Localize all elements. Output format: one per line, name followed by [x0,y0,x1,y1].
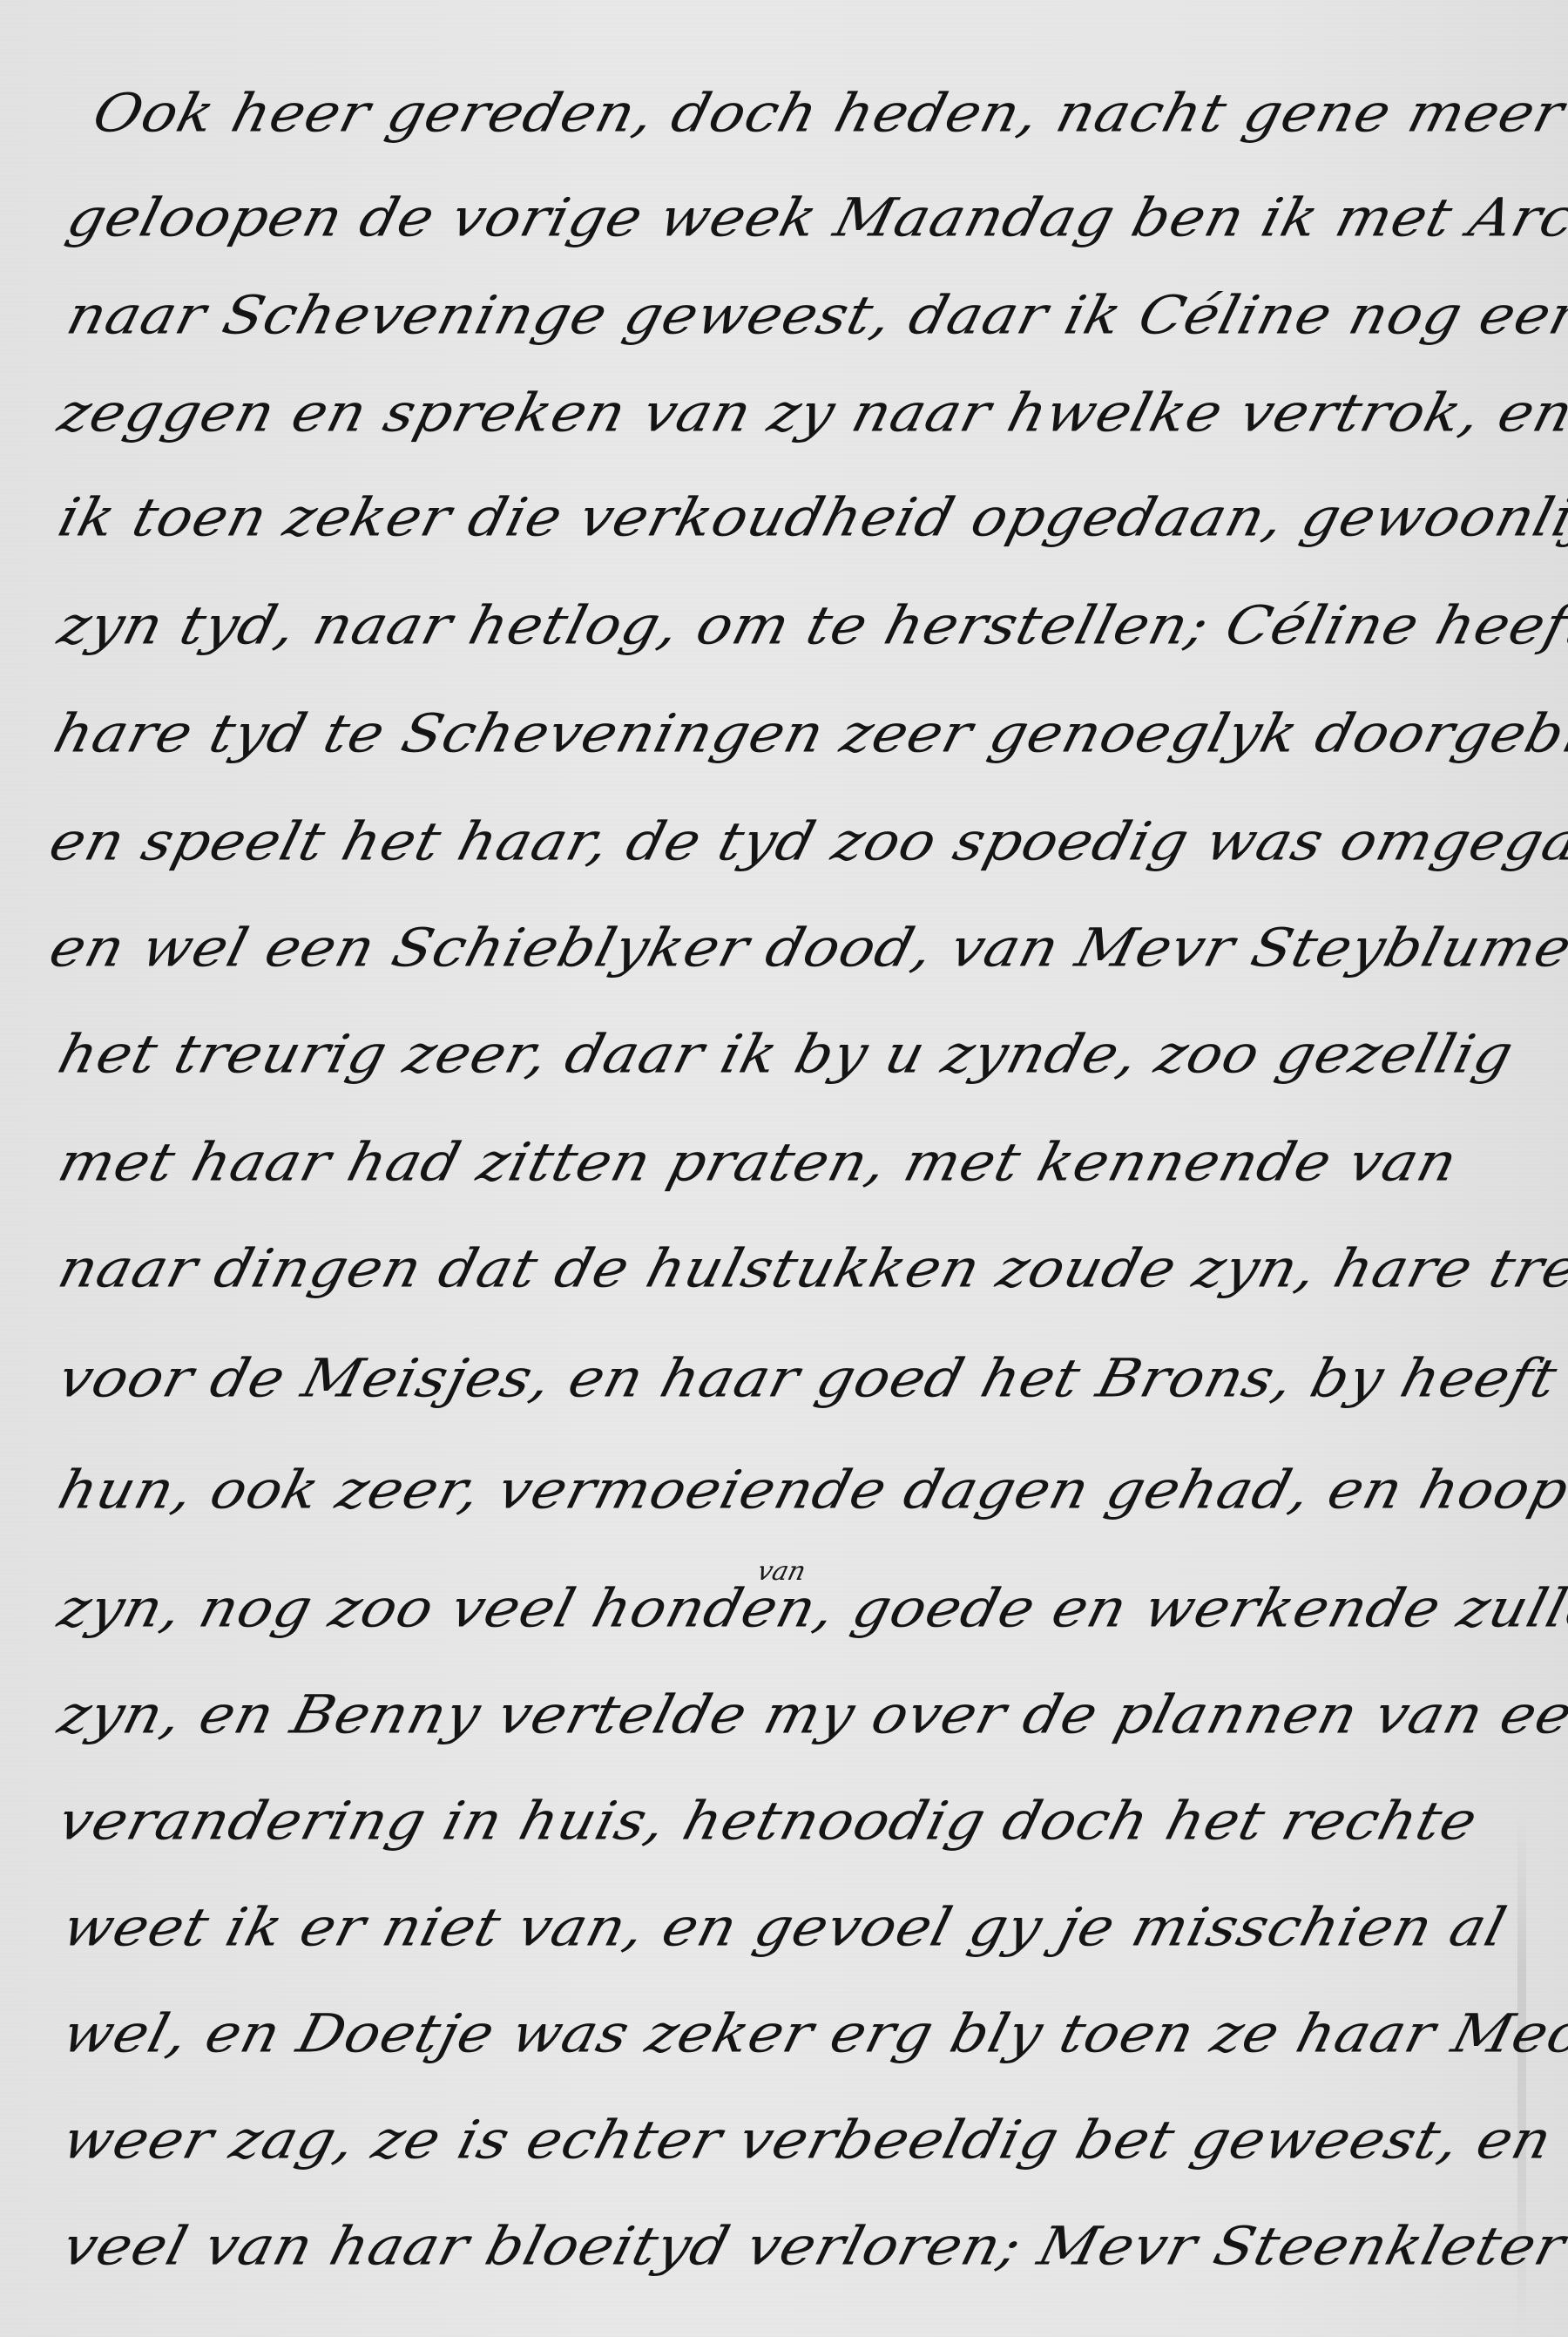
handwritten-line-5: ik toen zeker die verkoudheid opgedaan, … [52,486,1568,548]
handwritten-line-2: geloopen de vorige week Maandag ben ik m… [61,186,1568,248]
handwritten-line-8: en speelt het haar, de tyd zoo spoedig w… [44,810,1568,872]
handwritten-line-9: en wel een Schieblyker dood, van Mevr St… [44,917,1568,979]
handwritten-line-3: naar Scheveninge geweest, daar ik Céline… [61,284,1568,346]
handwritten-line-21: veel van haar bloeityd verloren; Mevr St… [57,2215,1568,2277]
handwritten-line-11: met haar had zitten praten, met kennende… [52,1131,1464,1193]
handwritten-line-17: verandering in huis, hetnoodig doch het … [52,1790,1484,1852]
handwritten-line-13: voor de Meisjes, en haar goed het Brons,… [52,1347,1564,1409]
handwritten-line-18: weet ik er niet van, en gevoel gy je mis… [57,1896,1513,1958]
handwritten-line-14: hun, ook zeer, vermoeiende dagen gehad, … [52,1459,1568,1521]
handwritten-line-6: zyn tyd, naar hetlog, om te herstellen; … [52,594,1568,656]
handwritten-line-12: naar dingen dat de hulstukken zoude zyn,… [52,1237,1568,1299]
handwritten-line-15: zyn, nog zoo veel honden, goede en werke… [52,1577,1568,1639]
letter-page: Ook heer gereden, doch heden, nacht gene… [0,0,1568,2337]
handwritten-line-16: zyn, en Benny vertelde my over de planne… [52,1683,1568,1745]
handwritten-line-10: het treurig zeer, daar ik by u zynde, zo… [52,1023,1520,1085]
handwritten-line-1: Ook heer gereden, doch heden, nacht gene… [87,82,1568,144]
handwritten-line-4: zeggen en spreken van zy naar hwelke ver… [52,382,1568,444]
handwritten-line-7: hare tyd te Scheveningen zeer genoeglyk … [48,702,1568,764]
handwritten-line-19: wel, en Doetje was zeker erg bly toen ze… [57,2002,1568,2064]
handwritten-line-20: weer zag, ze is echter verbeeldig bet ge… [57,2109,1558,2171]
